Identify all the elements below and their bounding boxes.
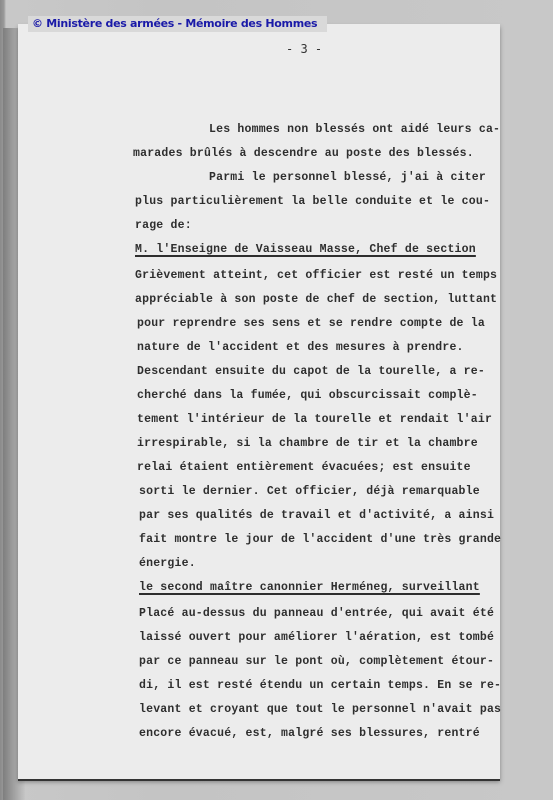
text-line: énergie. (139, 552, 543, 576)
text-line: plus particulièrement la belle conduite … (135, 190, 543, 214)
text-line: Descendant ensuite du capot de la tourel… (137, 360, 543, 384)
text-line: Placé au-dessus du panneau d'entrée, qui… (139, 602, 543, 626)
text-line: cherché dans la fumée, qui obscurcissait… (137, 384, 543, 408)
text-line: fait montre le jour de l'accident d'une … (139, 528, 543, 552)
typed-text-body: Les hommes non blessés ont aidé leurs ca… (143, 118, 543, 746)
section-heading: le second maître canonnier Herméneg, sur… (139, 576, 543, 600)
copyright-watermark: © Ministère des armées - Mémoire des Hom… (28, 16, 327, 32)
text-line: tement l'intérieur de la tourelle et ren… (137, 408, 543, 432)
text-line: appréciable à son poste de chef de secti… (135, 288, 543, 312)
text-line: sorti le dernier. Cet officier, déjà rem… (139, 480, 543, 504)
text-line: encore évacué, est, malgré ses blessures… (139, 722, 543, 746)
text-line: Parmi le personnel blessé, j'ai à citer (143, 166, 543, 190)
text-line: nature de l'accident et des mesures à pr… (137, 336, 543, 360)
section-heading: M. l'Enseigne de Vaisseau Masse, Chef de… (135, 238, 543, 262)
text-line: par ce panneau sur le pont où, complètem… (139, 650, 543, 674)
text-line: irrespirable, si la chambre de tir et la… (137, 432, 543, 456)
text-line: pour reprendre ses sens et se rendre com… (137, 312, 543, 336)
text-line: di, il est resté étendu un certain temps… (139, 674, 543, 698)
text-line: Les hommes non blessés ont aidé leurs ca… (143, 118, 543, 142)
text-line: par ses qualités de travail et d'activit… (139, 504, 543, 528)
text-line: marades brûlés à descendre au poste des … (133, 142, 543, 166)
text-line: levant et croyant que tout le personnel … (139, 698, 543, 722)
text-line: rage de: (135, 214, 543, 238)
page-number: - 3 - (286, 42, 322, 56)
text-line: Grièvement atteint, cet officier est res… (135, 264, 543, 288)
text-line: relai étaient entièrement évacuées; est … (137, 456, 543, 480)
text-line: laissé ouvert pour améliorer l'aération,… (139, 626, 543, 650)
page-edge (18, 779, 500, 781)
